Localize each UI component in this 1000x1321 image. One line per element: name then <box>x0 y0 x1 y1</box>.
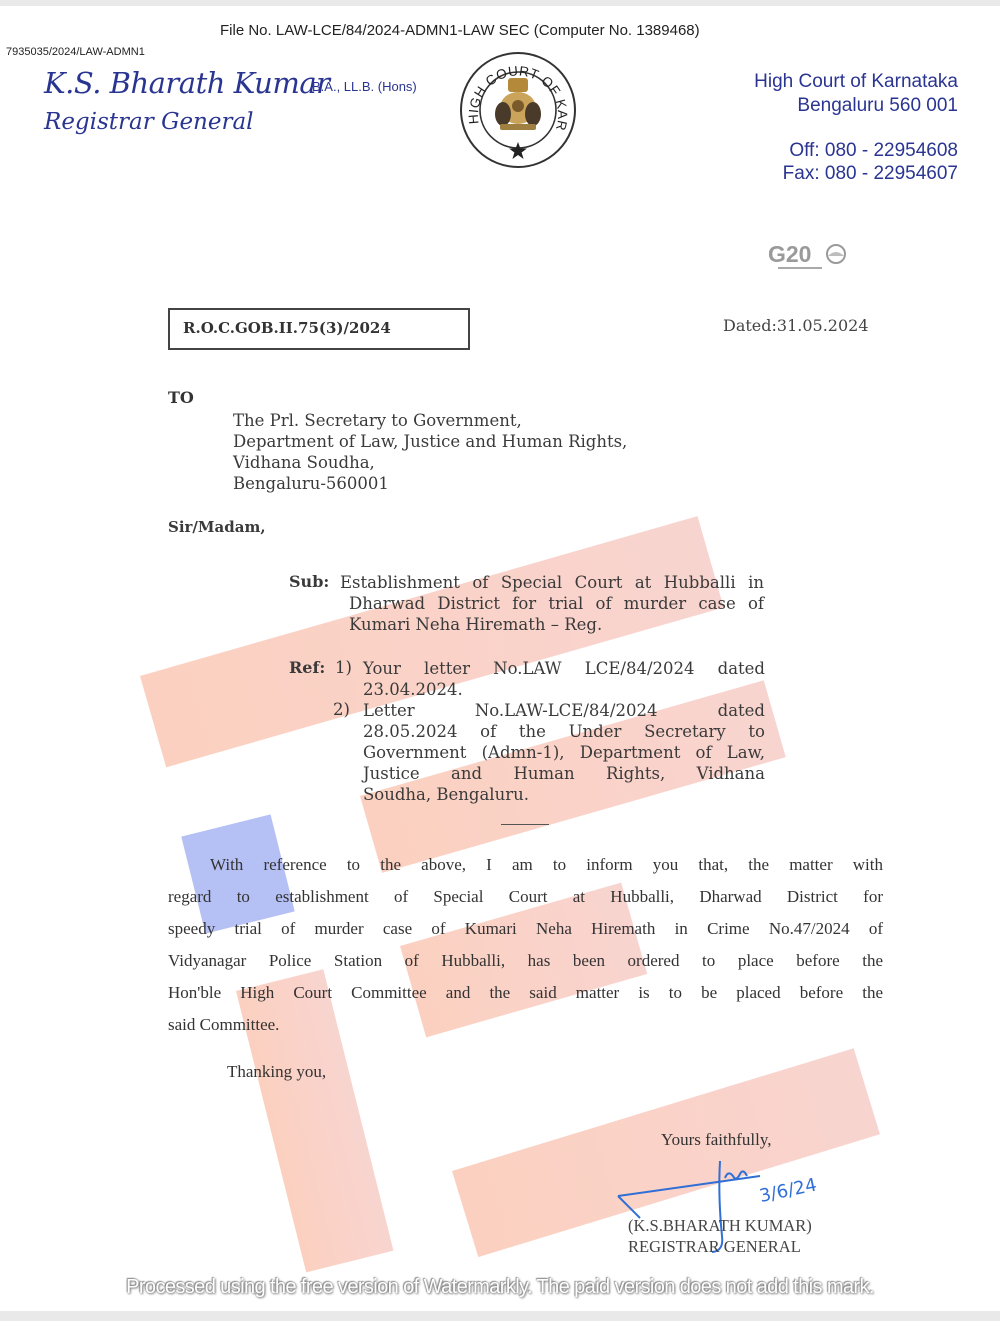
sender-title: Registrar General <box>44 109 254 135</box>
references-label: Ref: <box>289 658 325 677</box>
body-line: Vidyanagar Police Station of Hubballi, h… <box>168 945 883 977</box>
address-line: Department of Law, Justice and Human Rig… <box>233 431 627 452</box>
body-line: Hon'ble High Court Committee and the sai… <box>168 977 883 1009</box>
court-city: Bengaluru 560 001 <box>754 94 958 118</box>
subject-line: Establishment of Special Court at Hubbal… <box>340 572 764 593</box>
reference-line: Letter No.LAW-LCE/84/2024 dated <box>363 700 765 721</box>
court-seal-icon: HIGH COURT OF KARNATAKA <box>458 50 578 170</box>
address-line: Bengaluru-560001 <box>233 473 627 494</box>
reference-line: 28.05.2024 of the Under Secretary to <box>363 721 765 742</box>
body-paragraph: With reference to the above, I am to inf… <box>168 849 883 1041</box>
reference-line: Government (Admn-1), Department of Law, <box>363 742 765 763</box>
closing-yours-faithfully: Yours faithfully, <box>661 1130 772 1150</box>
signatory-name: (K.S.BHARATH KUMAR) <box>628 1215 812 1236</box>
watermark-notice: Processed using the free version of Wate… <box>0 1276 1000 1299</box>
court-contact: Off: 080 - 22954608 Fax: 080 - 22954607 <box>783 139 958 185</box>
reference-line: 23.04.2024. <box>363 679 765 700</box>
subject-label: Sub: <box>289 572 329 591</box>
sender-name: K.S. Bharath Kumar <box>44 66 330 100</box>
fax-number: Fax: 080 - 22954607 <box>783 162 958 185</box>
body-line: regard to establishment of Special Court… <box>168 881 883 913</box>
section-divider <box>501 824 549 825</box>
addressee-address: The Prl. Secretary to Government, Depart… <box>233 410 627 494</box>
address-line: Vidhana Soudha, <box>233 452 627 473</box>
sender-qualifications: B.A., LL.B. (Hons) <box>312 79 417 94</box>
g20-logo-icon: G20 <box>768 240 852 274</box>
office-phone: Off: 080 - 22954608 <box>783 139 958 162</box>
closing-thanks: Thanking you, <box>227 1062 326 1082</box>
subject-text: Establishment of Special Court at Hubbal… <box>340 572 764 635</box>
court-address: High Court of Karnataka Bengaluru 560 00… <box>754 70 958 118</box>
signatory-title: REGISTRAR GENERAL <box>628 1236 812 1257</box>
reference-item-number: 1) <box>335 658 352 677</box>
body-line: With reference to the above, I am to inf… <box>168 849 883 881</box>
subject-line: Dharwad District for trial of murder cas… <box>340 593 764 614</box>
computer-reference: 7935035/2024/LAW-ADMN1 <box>6 46 145 58</box>
signatory-block: (K.S.BHARATH KUMAR) REGISTRAR GENERAL <box>628 1215 812 1257</box>
reference-item: Your letter No.LAW LCE/84/2024 dated 23.… <box>363 658 765 700</box>
letter-date: Dated:31.05.2024 <box>723 316 869 335</box>
reference-line: Your letter No.LAW LCE/84/2024 dated <box>363 658 765 679</box>
reference-item-number: 2) <box>333 700 350 719</box>
reference-item: Letter No.LAW-LCE/84/2024 dated 28.05.20… <box>363 700 765 805</box>
reference-line: Soudha, Bengaluru. <box>363 784 765 805</box>
subject-line: Kumari Neha Hiremath – Reg. <box>340 614 764 635</box>
addressee-label: TO <box>168 388 194 407</box>
body-line: said Committee. <box>168 1009 883 1041</box>
salutation: Sir/Madam, <box>168 518 266 536</box>
court-name: High Court of Karnataka <box>754 70 958 94</box>
reference-line: Justice and Human Rights, Vidhana <box>363 763 765 784</box>
file-number: File No. LAW-LCE/84/2024-ADMN1-LAW SEC (… <box>220 22 700 39</box>
letter-page: File No. LAW-LCE/84/2024-ADMN1-LAW SEC (… <box>0 6 1000 1311</box>
body-line: speedy trial of murder case of Kumari Ne… <box>168 913 883 945</box>
reference-number: R.O.C.GOB.II.75(3)/2024 <box>183 319 391 337</box>
svg-text:G20: G20 <box>768 241 811 267</box>
address-line: The Prl. Secretary to Government, <box>233 410 627 431</box>
svg-text:3/6/24: 3/6/24 <box>758 1174 819 1207</box>
